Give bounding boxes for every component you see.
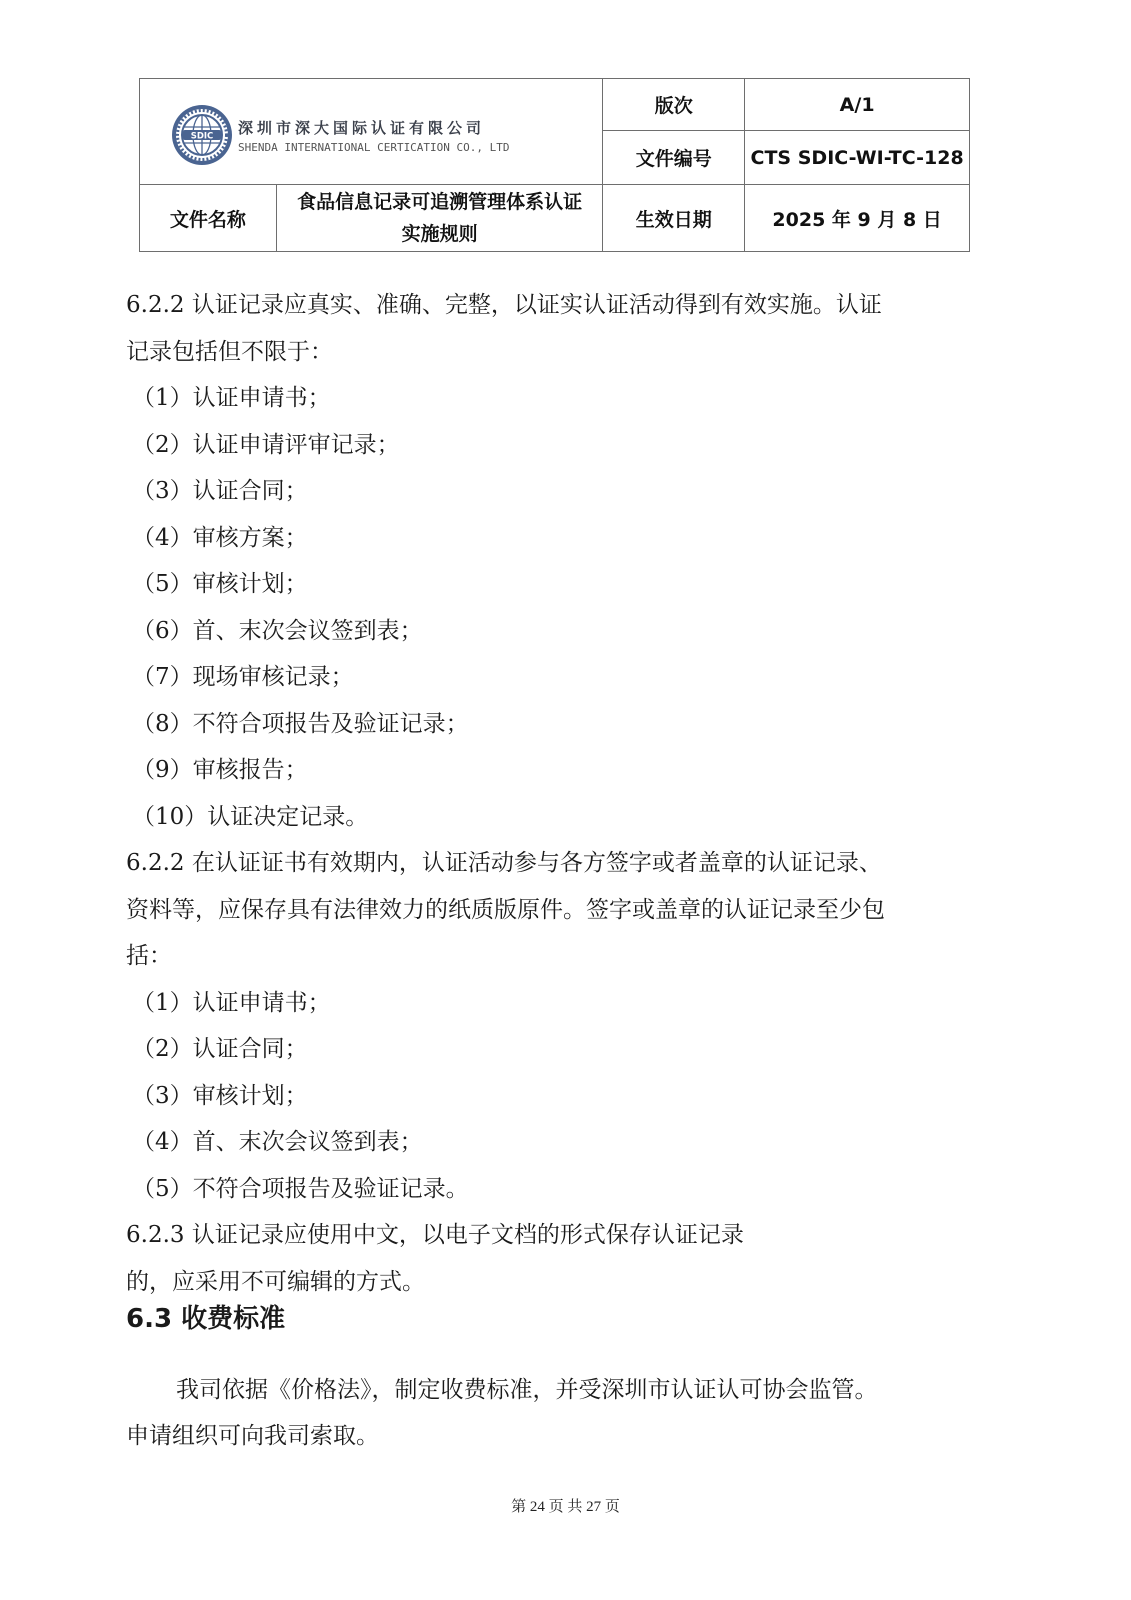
section-6-2-3-line-2: 的，应采用不可编辑的方式。 (126, 1259, 996, 1299)
list-item: （5）审核计划； (126, 561, 996, 608)
list-item: （4）首、末次会议签到表； (126, 1119, 996, 1166)
company-logo: SDIC 深圳市深大国际认证有限公司 SHENDA INTERNATIONAL … (170, 103, 510, 167)
effective-date-value: 2025 年 9 月 8 日 (745, 185, 970, 252)
sdic-globe-logo-icon: SDIC (170, 103, 234, 167)
list-item: （1）认证申请书； (126, 980, 996, 1027)
document-body: 6.2.2 认证记录应真实、准确、完整，以证实认证活动得到有效实施。认证 记录包… (126, 282, 996, 1460)
page-number: 第 24 页 共 27 页 (0, 1495, 1131, 1516)
list-item: （9）审核报告； (126, 747, 996, 794)
version-label: 版次 (603, 79, 745, 131)
list-item: （2）认证合同； (126, 1026, 996, 1073)
section-6-3-heading: 6.3 收费标准 (126, 1299, 996, 1343)
list-item: （3）审核计划； (126, 1073, 996, 1120)
company-name-cn: 深圳市深大国际认证有限公司 (238, 117, 510, 138)
list-item: （5）不符合项报告及验证记录。 (126, 1166, 996, 1213)
list-item: （7）现场审核记录； (126, 654, 996, 701)
list-item: （1）认证申请书； (126, 375, 996, 422)
doc-name-label: 文件名称 (140, 185, 277, 252)
list-item: （8）不符合项报告及验证记录； (126, 701, 996, 748)
version-value: A/1 (745, 79, 970, 131)
list-item: （2）认证申请评审记录； (126, 422, 996, 469)
list-item: （3）认证合同； (126, 468, 996, 515)
section-6-2-2-a-line-1: 6.2.2 认证记录应真实、准确、完整，以证实认证活动得到有效实施。认证 (126, 282, 996, 329)
doc-name-value: 食品信息记录可追溯管理体系认证 实施规则 (276, 185, 603, 252)
document-header-table: SDIC 深圳市深大国际认证有限公司 SHENDA INTERNATIONAL … (139, 78, 970, 252)
section-6-2-3-line-1: 6.2.3 认证记录应使用中文，以电子文档的形式保存认证记录 (126, 1212, 996, 1259)
svg-text:SDIC: SDIC (191, 132, 214, 142)
doc-name-line-2: 实施规则 (277, 218, 603, 250)
section-6-2-2-b-line-2: 资料等，应保存具有法律效力的纸质版原件。签字或盖章的认证记录至少包 (126, 887, 996, 934)
company-name-en: SHENDA INTERNATIONAL CERTICATION CO., LT… (238, 141, 510, 154)
effective-date-label: 生效日期 (603, 185, 745, 252)
records-list-b: （1）认证申请书； （2）认证合同； （3）审核计划； （4）首、末次会议签到表… (126, 980, 996, 1213)
doc-number-label: 文件编号 (603, 131, 745, 185)
section-6-2-2-b-line-3: 括： (126, 933, 996, 980)
fee-paragraph-line-1: 我司依据《价格法》，制定收费标准，并受深圳市认证认可协会监管。 (126, 1367, 996, 1414)
doc-number-value: CTS SDIC-WI-TC-128 (745, 131, 970, 185)
list-item: （10）认证决定记录。 (126, 794, 996, 841)
company-logo-cell: SDIC 深圳市深大国际认证有限公司 SHENDA INTERNATIONAL … (140, 79, 603, 185)
records-list-a: （1）认证申请书； （2）认证申请评审记录； （3）认证合同； （4）审核方案；… (126, 375, 996, 840)
fee-paragraph-line-2: 申请组织可向我司索取。 (126, 1413, 996, 1460)
list-item: （6）首、末次会议签到表； (126, 608, 996, 655)
section-6-2-2-b-line-1: 6.2.2 在认证证书有效期内，认证活动参与各方签字或者盖章的认证记录、 (126, 840, 996, 887)
list-item: （4）审核方案； (126, 515, 996, 562)
doc-name-line-1: 食品信息记录可追溯管理体系认证 (277, 186, 603, 218)
section-6-2-2-a-line-2: 记录包括但不限于： (126, 329, 996, 376)
